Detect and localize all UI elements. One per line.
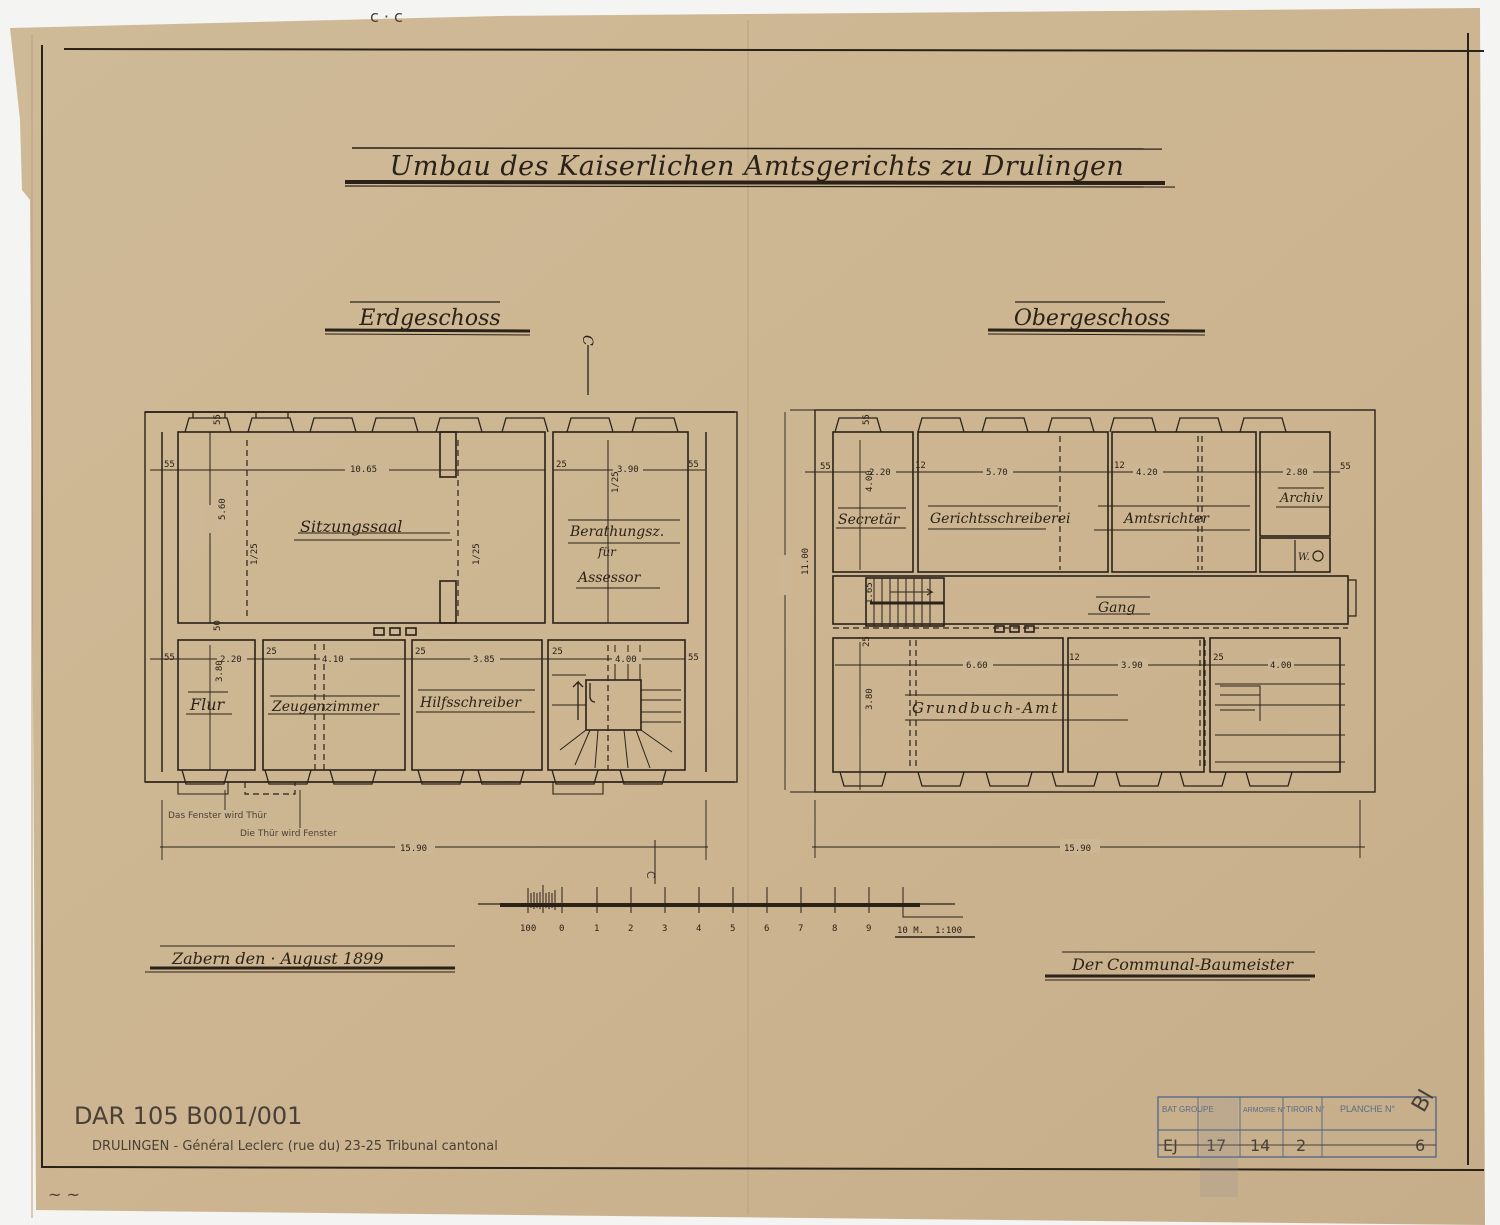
- svg-text:12: 12: [915, 461, 926, 471]
- svg-text:Assessor: Assessor: [576, 570, 642, 586]
- label-berathungszimmer: Berathungsz.: [569, 524, 664, 540]
- label-flur: Flur: [189, 695, 226, 714]
- svg-text:12: 12: [1069, 653, 1080, 663]
- svg-text:4.00: 4.00: [1270, 661, 1292, 671]
- label-amtsrichter: Amtsrichter: [1122, 511, 1210, 527]
- svg-text:1/25: 1/25: [472, 543, 482, 565]
- top-marginalia: c · c: [370, 7, 403, 26]
- svg-text:25: 25: [556, 460, 567, 470]
- svg-text:55: 55: [213, 414, 223, 425]
- archive-code: DAR 105 B001/001: [74, 1102, 302, 1130]
- note-window-to-door: Das Fenster wird Thür: [168, 811, 267, 821]
- archival-drawing-sheet: c · c Umbau des Kaiserlichen Amtsgericht…: [0, 0, 1500, 1225]
- svg-text:3: 3: [662, 924, 667, 934]
- section-marker-top: C: [579, 335, 595, 346]
- svg-text:5.70: 5.70: [986, 468, 1008, 478]
- svg-text:25: 25: [1213, 653, 1224, 663]
- svg-text:6.60: 6.60: [966, 661, 988, 671]
- label-archiv: Archiv: [1279, 491, 1323, 506]
- svg-text:5.60: 5.60: [218, 498, 228, 520]
- svg-text:4.00: 4.00: [865, 470, 875, 492]
- label-wc: W.: [1298, 552, 1310, 563]
- svg-text:1/25: 1/25: [611, 471, 621, 493]
- signatory-block: Der Communal-Baumeister: [1045, 952, 1315, 980]
- svg-text:25: 25: [552, 647, 563, 657]
- svg-text:55: 55: [688, 460, 699, 470]
- svg-text:TIROIR N°: TIROIR N°: [1286, 1105, 1324, 1114]
- label-hilfsschreiber: Hilfsschreiber: [419, 695, 522, 711]
- svg-text:55: 55: [1340, 462, 1351, 472]
- signatory: Der Communal-Baumeister: [1071, 955, 1294, 974]
- svg-text:50: 50: [213, 620, 223, 631]
- ground-overall-width: 15.90: [400, 844, 427, 854]
- svg-text:55: 55: [820, 462, 831, 472]
- svg-text:25: 25: [266, 647, 277, 657]
- place-date: Zabern den · August 1899: [171, 949, 384, 968]
- label-secretaer: Secretär: [838, 512, 901, 528]
- label-zeugenzimmer: Zeugenzimmer: [271, 699, 380, 715]
- title-block: Umbau des Kaiserlichen Amtsgerichts zu D…: [345, 148, 1175, 187]
- svg-text:25: 25: [862, 636, 872, 647]
- svg-text:3.85: 3.85: [473, 655, 495, 665]
- upper-floor-heading: Obergeschoss: [1014, 306, 1170, 331]
- svg-text:4.20: 4.20: [1136, 468, 1158, 478]
- svg-text:PLANCHE N°: PLANCHE N°: [1340, 1104, 1396, 1114]
- svg-text:10 M.: 10 M.: [897, 926, 924, 936]
- svg-text:7: 7: [798, 924, 803, 934]
- svg-text:55: 55: [688, 653, 699, 663]
- label-grundbuch-amt: Grundbuch-Amt: [912, 699, 1060, 717]
- svg-text:2: 2: [628, 924, 633, 934]
- ground-floor-heading: Erdgeschoss: [358, 306, 500, 331]
- label-sitzungssaal: Sitzungssaal: [300, 517, 402, 536]
- svg-text:1: 1: [594, 924, 599, 934]
- svg-text:55: 55: [862, 414, 872, 425]
- upper-overall-width: 15.90: [1064, 844, 1091, 854]
- svg-text:100: 100: [520, 924, 536, 934]
- svg-text:10.65: 10.65: [350, 465, 377, 475]
- label-gerichtsschreiberei: Gerichtsschreiberei: [930, 511, 1071, 527]
- svg-text:1/25: 1/25: [250, 543, 260, 565]
- svg-text:4.10: 4.10: [322, 655, 344, 665]
- svg-text:4: 4: [696, 924, 701, 934]
- svg-text:6: 6: [764, 924, 769, 934]
- svg-text:8: 8: [832, 924, 837, 934]
- svg-text:12: 12: [1114, 461, 1125, 471]
- scale-ratio: 1:100: [935, 926, 962, 936]
- svg-text:55: 55: [164, 653, 175, 663]
- svg-text:3.80: 3.80: [865, 688, 875, 710]
- svg-text:5: 5: [730, 924, 735, 934]
- svg-text:9: 9: [866, 924, 871, 934]
- svg-text:0: 0: [559, 924, 564, 934]
- svg-text:3.90: 3.90: [1121, 661, 1143, 671]
- svg-text:~ ~: ~ ~: [48, 1185, 80, 1204]
- svg-text:1.65: 1.65: [865, 582, 875, 604]
- note-door-to-window: Die Thür wird Fenster: [240, 829, 337, 839]
- svg-text:für: für: [597, 545, 617, 559]
- svg-text:4.00: 4.00: [615, 655, 637, 665]
- svg-text:55: 55: [164, 460, 175, 470]
- upper-overall-depth: 11.00: [801, 548, 811, 575]
- svg-text:ARMOIRE N°: ARMOIRE N°: [1243, 1106, 1286, 1114]
- svg-text:25: 25: [415, 647, 426, 657]
- svg-text:2.80: 2.80: [1286, 468, 1308, 478]
- svg-text:3.80: 3.80: [215, 660, 225, 682]
- document-title: Umbau des Kaiserlichen Amtsgerichts zu D…: [390, 151, 1125, 182]
- archive-description: DRULINGEN - Général Leclerc (rue du) 23-…: [92, 1139, 498, 1154]
